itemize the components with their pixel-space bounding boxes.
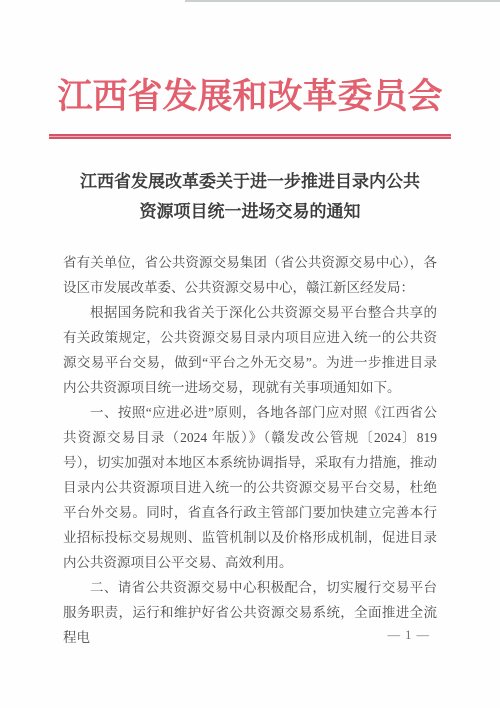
body-paragraph: 根据国务院和我省关于深化公共资源交易平台整合共享的有关政策规定，公共资源交易目录…	[63, 300, 437, 400]
document-body: 省有关单位，省公共资源交易集团（省公共资源交易中心），各设区市发展改革委、公共资…	[63, 250, 437, 650]
document-page: 江西省发展和改革委员会 江西省发展改革委关于进一步推进目录内公共资源项目统一进场…	[0, 0, 500, 708]
letterhead-title: 江西省发展和改革委员会	[0, 0, 500, 121]
body-paragraph: 一、按照“应进必进”原则，各地各部门应对照《江西省公共资源交易目录（2024 年…	[63, 400, 437, 575]
letterhead-divider	[49, 134, 451, 139]
recipients-line: 省有关单位，省公共资源交易集团（省公共资源交易中心），各设区市发展改革委、公共资…	[63, 250, 437, 300]
scan-artifact	[185, 0, 500, 2]
document-title: 江西省发展改革委关于进一步推进目录内公共资源项目统一进场交易的通知	[74, 167, 426, 227]
body-paragraph: 二、请省公共资源交易中心积极配合，切实履行交易平台服务职责，运行和维护好省公共资…	[63, 575, 437, 650]
page-number: — 1 —	[388, 628, 431, 643]
